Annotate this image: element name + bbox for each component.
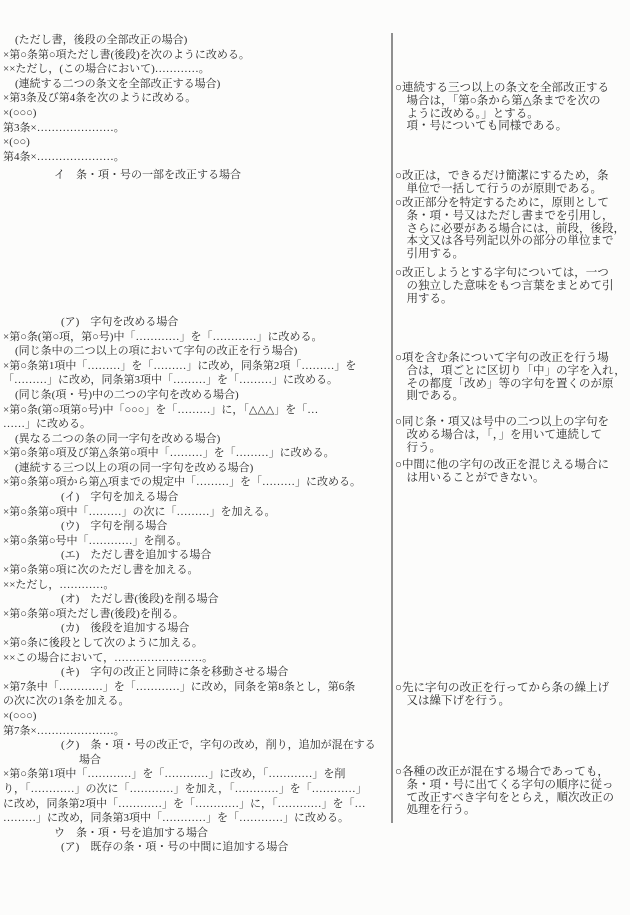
text-line: ……」に改める。 <box>3 417 391 432</box>
annotation-note: ○中間に他の字句の改正を混じえる場合には用いることができない。 <box>395 459 628 485</box>
annotation-note-line: 用する。 <box>395 293 628 306</box>
text-line: ×第○条第○項中「………」の次に「………」を加える。 <box>3 505 391 520</box>
annotation-note-line: は用いることができない。 <box>395 472 628 485</box>
annotation-note: ○改正しようとする字句については，一つの独立した意味をもつ言葉をまとめて引用する… <box>395 267 628 305</box>
annotation-note-line: 場合は，「第○条から第△条までを次の <box>395 95 628 108</box>
annotation-note-first-line: ○中間に他の字句の改正を混じえる場合に <box>395 459 628 472</box>
text-line: (カ) 後段を追加する場合 <box>3 621 391 636</box>
text-line: ×第○条(第○項，第○号)中「…………」を「…………」に改める。 <box>3 330 391 345</box>
text-line: (イ) 字句を加える場合 <box>3 490 391 505</box>
text-line: り，「…………」の次に「…………」を加え，「…………」を「…………」 <box>3 782 391 797</box>
text-line: (ク) 条・項・号の改正で，字句の改め，削り，追加が混在する <box>3 738 391 753</box>
text-line: ×第7条中「…………」を「…………」に改め，同条を第8条とし，第6条 <box>3 680 391 695</box>
text-line: ×(○○) <box>3 135 391 150</box>
annotation-note-line: 処理を行う。 <box>395 804 628 817</box>
annotation-note-first-line: ○改正部分を特定するために，原則として <box>395 197 628 210</box>
annotation-note-line: 条・項・号に出てくる字句の順序に従っ <box>395 779 628 792</box>
text-line: ×第○条(第○項第○号)中「○○○」を「………」に，「△△△」を「… <box>3 403 391 418</box>
annotation-note-first-line: ○改正しようとする字句については，一つ <box>395 267 628 280</box>
text-line: 「………」に改め，同条第3項中「………」を「………」に改める。 <box>3 373 391 388</box>
text-line: 第4条×…………………。 <box>3 150 391 165</box>
text-line: ×第○条第○項から第△項までの規定中「………」を「………」に改める。 <box>3 475 391 490</box>
text-line: ×第○条第○号中「…………」を削る。 <box>3 534 391 549</box>
annotation-note-first-line: ○各種の改正が混在する場合であっても， <box>395 766 628 779</box>
main-text-column: (ただし書，後段の全部改正の場合)×第○条第○項ただし書(後段)を次のように改め… <box>3 33 391 855</box>
text-line: ×第○条に後段として次のように加える。 <box>3 636 391 651</box>
text-line: (キ) 字句の改正と同時に条を移動させる場合 <box>3 665 391 680</box>
text-line: ××ただし，…………。 <box>3 578 391 593</box>
annotation-note: ○連続する三つ以上の条文を全部改正する場合は，「第○条から第△条までを次のように… <box>395 82 628 133</box>
annotation-note-line: 条・項・号又はただし書までを引用し， <box>395 210 628 223</box>
text-line: ×(○○○) <box>3 709 391 724</box>
annotation-note-line: 合は，項ごとに区切り「中」の字を入れ， <box>395 365 628 378</box>
text-line: (ウ) 字句を削る場合 <box>3 519 391 534</box>
annotation-note-line: の独立した意味をもつ言葉をまとめて引 <box>395 280 628 293</box>
text-line: (エ) ただし書を追加する場合 <box>3 548 391 563</box>
text-line: (連続する三つ以上の項の同一字句を改める場合) <box>3 461 391 476</box>
text-line: ×第3条及び第4条を次のように改める。 <box>3 91 391 106</box>
text-line: (オ) ただし書(後段)を削る場合 <box>3 592 391 607</box>
annotation-note-line: 単位で一括して行うのが原則である。 <box>395 183 628 196</box>
text-line: ………」に改め，同条第3項中「…………」を「…………」に改める。 <box>3 811 391 826</box>
text-line: 場合 <box>3 753 391 768</box>
annotation-note-line: 項・号についても同様である。 <box>395 120 628 133</box>
text-line: (同じ条(項・号)中の二つの字句を改める場合) <box>3 388 391 403</box>
text-line: ×第○条第○項及び第△条第○項中「………」を「………」に改める。 <box>3 446 391 461</box>
annotation-note-first-line: ○先に字句の改正を行ってから条の繰上げ <box>395 682 628 695</box>
text-line: (連続する二つの条文を全部改正する場合) <box>3 77 391 92</box>
annotation-note: ○改正部分を特定するために，原則として条・項・号又はただし書までを引用し，さらに… <box>395 197 628 261</box>
text-line: ウ 条・項・号を追加する場合 <box>3 826 391 841</box>
annotation-note-line: その都度「改め」等の字句を置くのが原 <box>395 378 628 391</box>
document-page: (ただし書，後段の全部改正の場合)×第○条第○項ただし書(後段)を次のように改め… <box>0 0 630 915</box>
annotation-note: ○各種の改正が混在する場合であっても，条・項・号に出てくる字句の順序に従って改正… <box>395 766 628 817</box>
annotation-note-line: 本文又は各号列記以外の部分の単位まで <box>395 235 628 248</box>
annotation-note: ○先に字句の改正を行ってから条の繰上げ又は繰下げを行う。 <box>395 682 628 708</box>
annotation-note-line: て改正すべき字句をとらえ，順次改正の <box>395 792 628 805</box>
text-line: ××この場合において，……………………。 <box>3 651 391 666</box>
annotation-note: ○項を含む条について字句の改正を行う場合は，項ごとに区切り「中」の字を入れ，その… <box>395 352 628 403</box>
annotation-note: ○改正は，できるだけ簡潔にするため，条単位で一括して行うのが原則である。 <box>395 170 628 196</box>
text-line: (ただし書，後段の全部改正の場合) <box>3 33 391 48</box>
text-line: ×第○条第○項ただし書(後段)を削る。 <box>3 607 391 622</box>
text-line: の次に次の1条を加える。 <box>3 694 391 709</box>
text-line: ×(○○○) <box>3 106 391 121</box>
text-line: ×第○条第○項ただし書(後段)を次のように改める。 <box>3 48 391 63</box>
column-divider-line <box>391 33 393 823</box>
text-line: 第3条×…………………。 <box>3 121 391 136</box>
text-line: ×第○条第○項に次のただし書を加える。 <box>3 563 391 578</box>
annotation-note-first-line: ○同じ条・項又は号中の二つ以上の字句を <box>395 416 628 429</box>
annotation-note-line: 改める場合は，「，」を用いて連続して <box>395 429 628 442</box>
annotation-note-first-line: ○連続する三つ以上の条文を全部改正する <box>395 82 628 95</box>
text-line: 第7条×…………………。 <box>3 724 391 739</box>
annotation-note-line: 行う。 <box>395 442 628 455</box>
text-line: ××ただし，(この場合において)…………。 <box>3 62 391 77</box>
annotation-note-line: 則である。 <box>395 390 628 403</box>
annotation-note-first-line: ○項を含む条について字句の改正を行う場 <box>395 352 628 365</box>
annotation-note-line: 引用する。 <box>395 248 628 261</box>
text-line: ×第○条第1項中「…………」を「…………」に改め，「…………」を削 <box>3 767 391 782</box>
text-line: (異なる二つの条の同一字句を改める場合) <box>3 432 391 447</box>
text-line: ×第○条第1項中「………」を「………」に改め，同条第2項「………」を <box>3 359 391 374</box>
text-line: (ア) 既存の条・項・号の中間に追加する場合 <box>3 840 391 855</box>
text-line: イ 条・項・号の一部を改正する場合 <box>3 168 391 183</box>
annotation-note-line: 又は繰下げを行う。 <box>395 695 628 708</box>
annotation-note-line: ように改める。」とする。 <box>395 108 628 121</box>
annotation-note-first-line: ○改正は，できるだけ簡潔にするため，条 <box>395 170 628 183</box>
annotation-note-line: さらに必要がある場合には，前段，後段， <box>395 223 628 236</box>
text-line: (同じ条中の二つ以上の項において字句の改正を行う場合) <box>3 344 391 359</box>
annotation-note: ○同じ条・項又は号中の二つ以上の字句を改める場合は，「，」を用いて連続して行う。 <box>395 416 628 454</box>
text-line: (ア) 字句を改める場合 <box>3 315 391 330</box>
text-line: に改め，同条第2項中「…………」を「…………」に，「…………」を「… <box>3 797 391 812</box>
